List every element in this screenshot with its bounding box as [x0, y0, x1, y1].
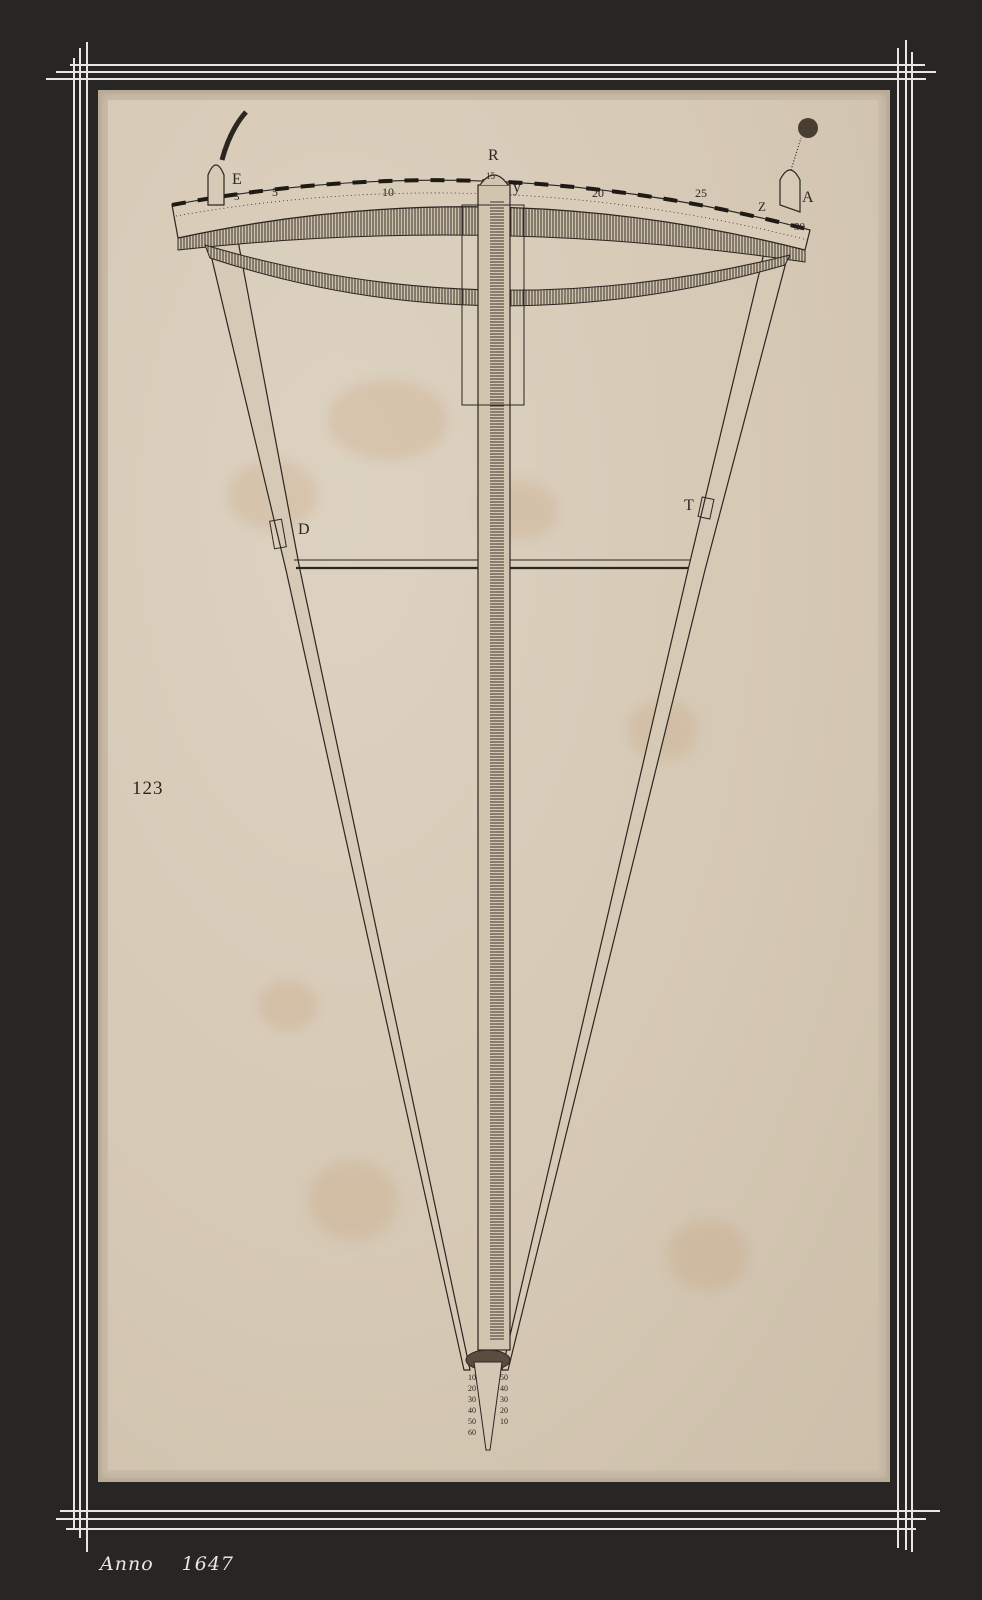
label-E: E: [232, 172, 242, 188]
arc-scale-10: 10: [382, 186, 394, 198]
central-stem: [462, 175, 524, 1350]
arc-scale-20: 20: [592, 187, 604, 199]
instrument-engraving: [0, 0, 982, 1600]
stem-scale-left: 102030405060: [462, 1372, 476, 1438]
arc-scale-left-5: 5: [234, 192, 240, 203]
plate-number: 123: [132, 778, 164, 800]
arc-scale-5: 5: [272, 186, 278, 198]
inscription: Anno1647: [100, 1553, 262, 1575]
arc-scale-15: 15: [486, 172, 495, 181]
arc-scale-25: 25: [695, 187, 707, 199]
inscription-year: 1647: [182, 1553, 234, 1575]
sight-A: [780, 138, 801, 212]
label-R: R: [488, 148, 499, 164]
label-T: T: [684, 498, 694, 514]
arc-scale-30: 30: [794, 222, 805, 233]
sight-E: [208, 112, 246, 205]
inscription-word: Anno: [100, 1553, 154, 1575]
left-leg: [205, 230, 470, 1370]
right-leg: [502, 228, 795, 1370]
label-y: y: [513, 180, 521, 196]
label-Z: Z: [758, 200, 766, 213]
label-D: D: [298, 522, 310, 538]
label-A: A: [802, 190, 814, 206]
sun-icon: [798, 118, 818, 138]
stem-scale-right: 5040302010: [500, 1372, 514, 1427]
